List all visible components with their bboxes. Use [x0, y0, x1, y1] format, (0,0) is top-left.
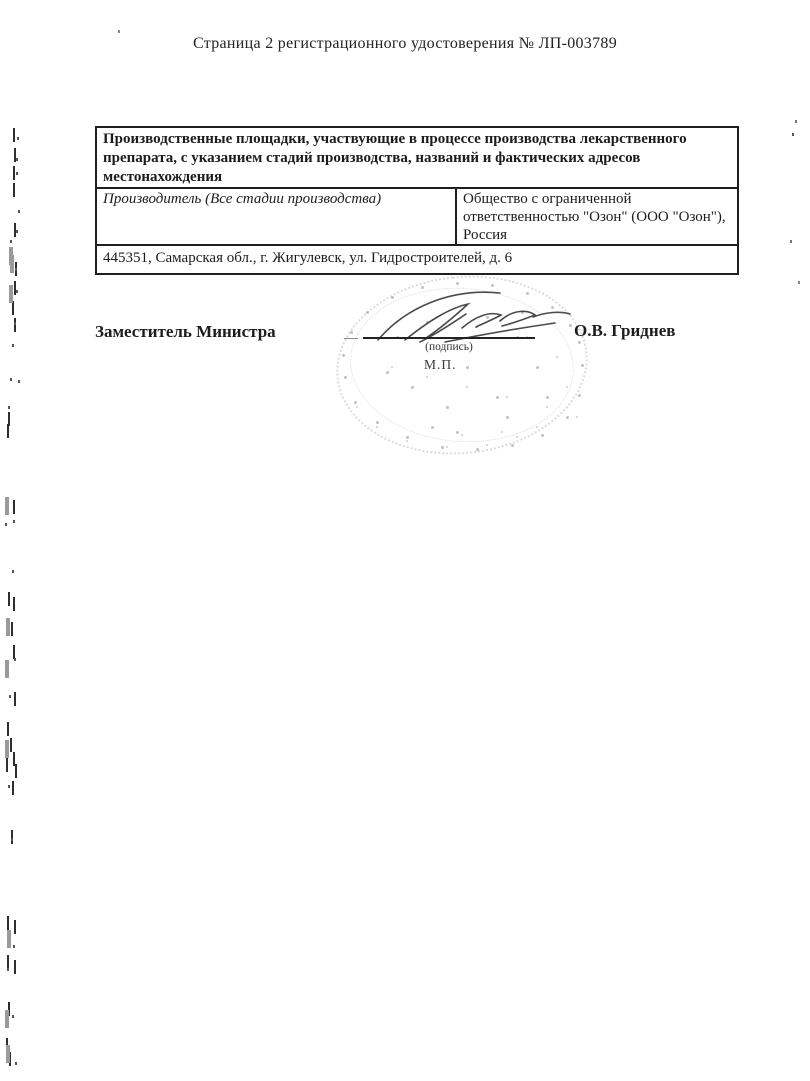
production-sites-table: Производственные площадки, участвующие в…	[95, 126, 739, 275]
manufacturer-value-cell: Общество с ограниченной ответственностью…	[457, 189, 737, 244]
seal-place-label: М.П.	[424, 357, 457, 373]
stamp-speckle	[536, 426, 538, 428]
scanned-document-page: Страница 2 регистрационного удостоверени…	[0, 0, 810, 1081]
address-cell: 445351, Самарская обл., г. Жигулевск, ул…	[97, 246, 737, 273]
scan-noise-bars	[13, 128, 15, 142]
scan-dash	[344, 338, 358, 339]
table-header-cell: Производственные площадки, участвующие в…	[97, 128, 737, 189]
signature-line	[363, 337, 535, 339]
manufacturer-label-cell: Производитель (Все стадии производства)	[97, 189, 457, 244]
page-title: Страница 2 регистрационного удостоверени…	[0, 35, 810, 53]
signer-role: Заместитель Министра	[95, 322, 276, 342]
table-row: Производитель (Все стадии производства) …	[97, 189, 737, 246]
signer-name: О.В. Гриднев	[574, 321, 675, 341]
signature-caption: (подпись)	[403, 341, 495, 353]
scan-noise-bars-gray	[9, 247, 13, 265]
stamp-speckle	[581, 364, 584, 367]
scan-noise-dots	[17, 137, 19, 140]
